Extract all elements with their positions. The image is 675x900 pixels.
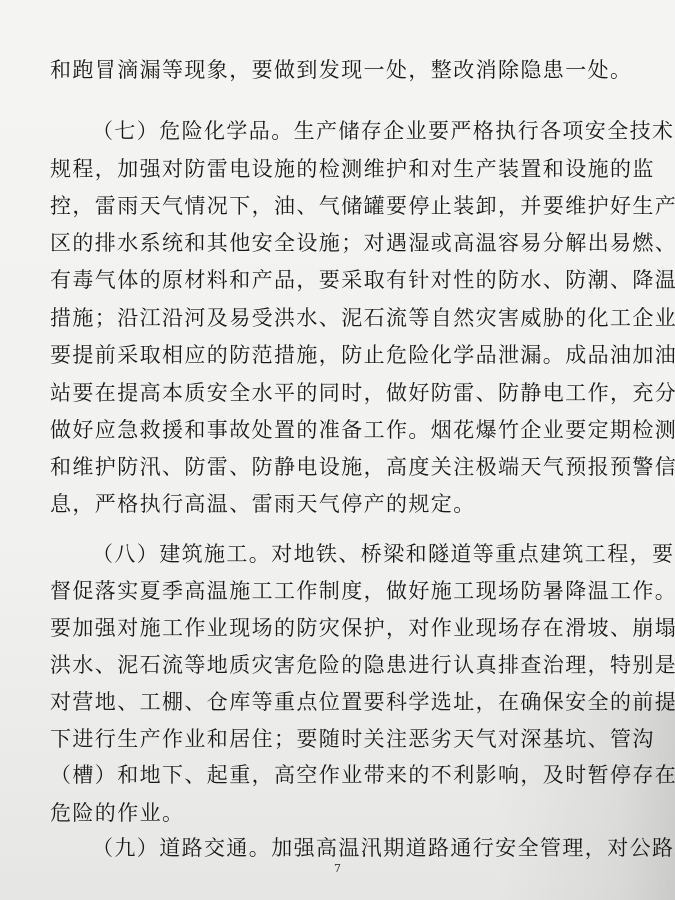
text-line: 措施；沿江沿河及易受洪水、泥石流等自然灾害威胁的化工企业，: [50, 306, 630, 330]
text-line: （槽）和地下、起重，高空作业带来的不利影响，及时暂停存在: [50, 763, 630, 787]
text-line: 站要在提高本质安全水平的同时，做好防雷、防静电工作，充分: [50, 381, 630, 405]
text-line: 息，严格执行高温、雷雨天气停产的规定。: [50, 492, 630, 516]
text-line: 和跑冒滴漏等现象，要做到发现一处，整改消除隐患一处。: [50, 58, 630, 82]
text-line: 规程，加强对防雷电设施的检测维护和对生产装置和设施的监: [50, 157, 630, 181]
document-page: 和跑冒滴漏等现象，要做到发现一处，整改消除隐患一处。 （七）危险化学品。生产储存…: [0, 0, 675, 900]
text-line: 对营地、工棚、仓库等重点位置要科学选址，在确保安全的前提: [50, 690, 630, 714]
text-line: 区的排水系统和其他安全设施；对遇湿或高温容易分解出易燃、: [50, 231, 630, 255]
text-line: 下进行生产作业和居住；要随时关注恶劣天气对深基坑、管沟: [50, 727, 630, 751]
text-line: 督促落实夏季高温施工工作制度，做好施工现场防暑降温工作。: [50, 579, 630, 603]
text-line: 危险的作业。: [50, 801, 630, 825]
text-line: 要加强对施工作业现场的防灾保护，对作业现场存在滑坡、崩塌、: [50, 616, 630, 640]
section-heading-hazardous-chemicals: （七）危险化学品。生产储存企业要严格执行各项安全技术: [92, 119, 672, 143]
text-line: 做好应急救援和事故处置的准备工作。烟花爆竹企业要定期检测: [50, 418, 630, 442]
text-line: 控，雷雨天气情况下，油、气储罐要停止装卸，并要维护好生产: [50, 194, 630, 218]
section-heading-road-traffic: （九）道路交通。加强高温汛期道路通行安全管理，对公路: [92, 836, 672, 860]
text-line: 洪水、泥石流等地质灾害危险的隐患进行认真排查治理，特别是: [50, 653, 630, 677]
text-line: 要提前采取相应的防范措施，防止危险化学品泄漏。成品油加油: [50, 343, 630, 367]
text-line: 和维护防汛、防雷、防静电设施，高度关注极端天气预报预警信: [50, 455, 630, 479]
section-heading-construction: （八）建筑施工。对地铁、桥梁和隧道等重点建筑工程，要: [92, 542, 672, 566]
text-line: 有毒气体的原材料和产品，要采取有针对性的防水、防潮、降温: [50, 268, 630, 292]
page-number: 7: [0, 862, 675, 875]
